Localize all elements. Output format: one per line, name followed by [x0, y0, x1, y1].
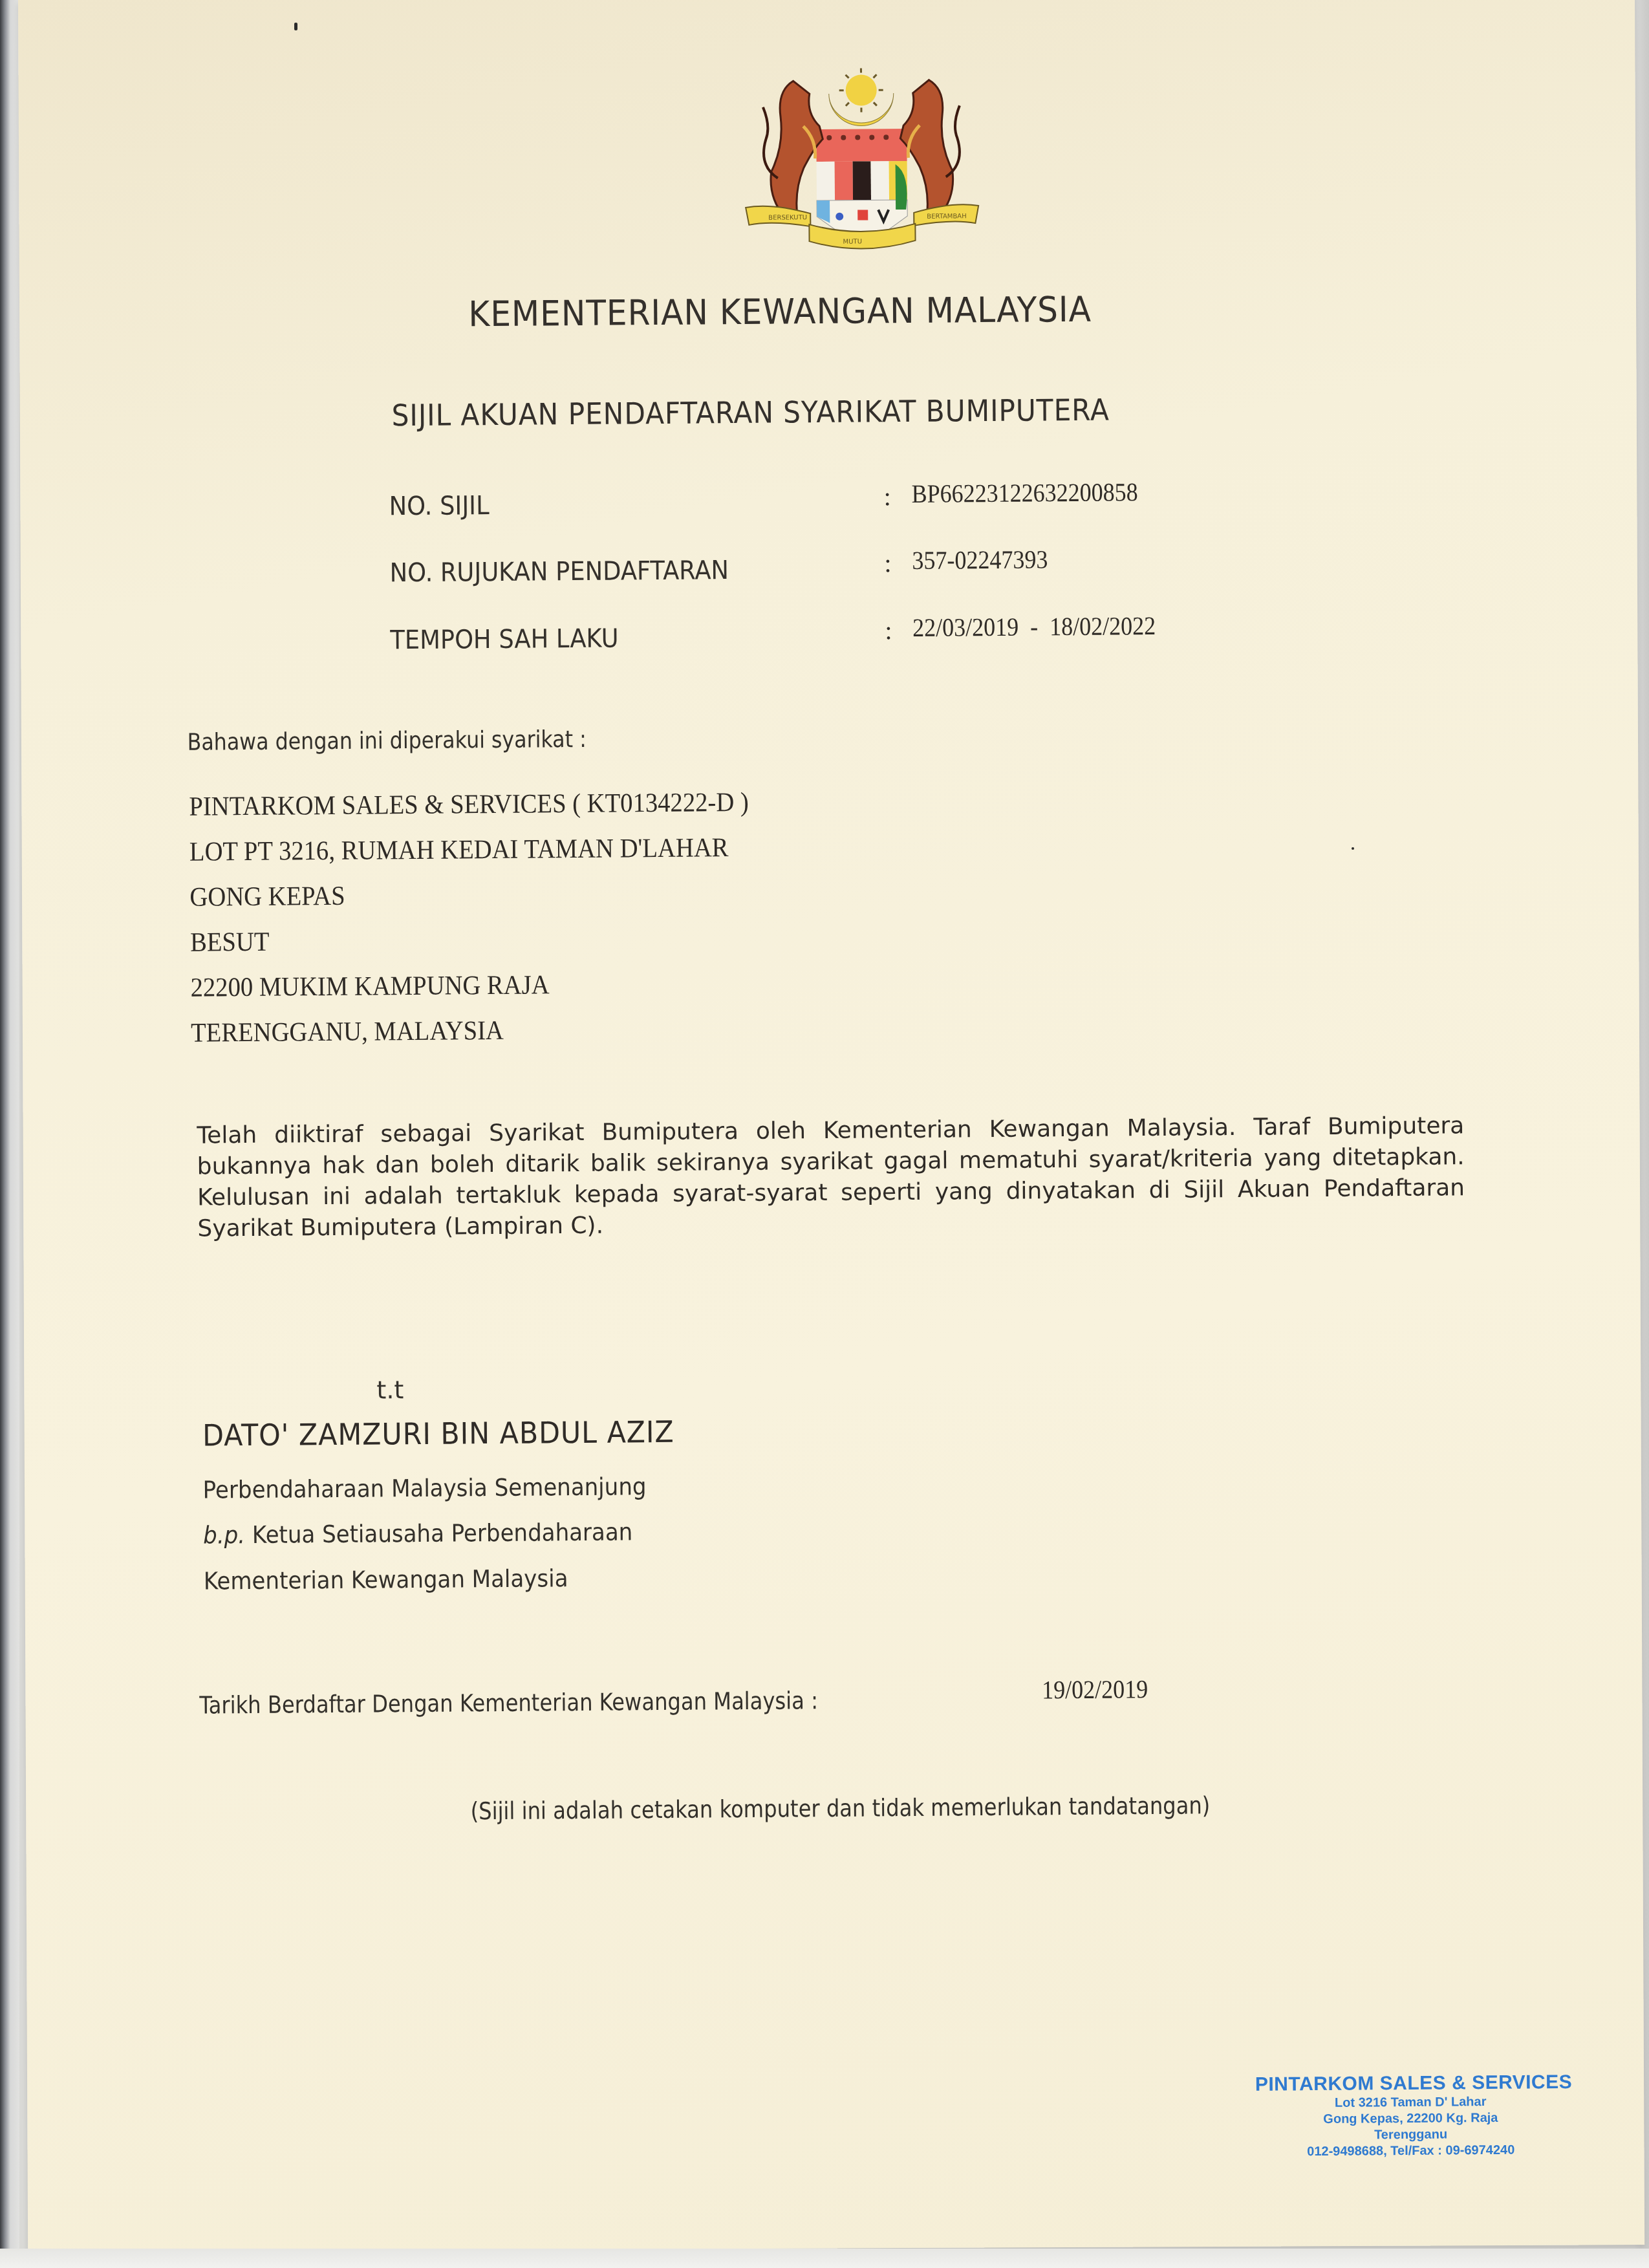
registration-date-value: 19/02/2019	[1042, 1674, 1148, 1705]
signatory-ministry: Kementerian Kewangan Malaysia	[204, 1564, 568, 1595]
field-label: NO. RUJUKAN PENDAFTARAN	[389, 556, 729, 588]
svg-text:BERTAMBAH: BERTAMBAH	[927, 213, 967, 220]
company-stamp: PINTARKOM SALES & SERVICES Lot 3216 Tama…	[1255, 2071, 1566, 2161]
svg-text:MUTU: MUTU	[843, 239, 862, 246]
signatory-department: Perbendaharaan Malaysia Semenanjung	[203, 1473, 647, 1504]
validity-period-value: 22/03/2019 - 18/02/2022	[912, 610, 1156, 643]
registration-date-label: Tarikh Berdaftar Dengan Kementerian Kewa…	[199, 1687, 818, 1720]
company-address-line: 22200 MUKIM KAMPUNG RAJA	[190, 961, 750, 1011]
certificate-content: BERSEKUTUBERTAMBAHMUTU KEMENTERIAN KEWAN…	[0, 0, 1649, 2268]
company-address-block: PINTARKOM SALES & SERVICES ( KT0134222-D…	[189, 779, 799, 1055]
registration-reference-value: 357-02247393	[912, 544, 1048, 576]
recognition-statement: Telah diiktiraf sebagai Syarikat Bumiput…	[197, 1110, 1465, 1244]
stamp-title: PINTARKOM SALES & SERVICES	[1255, 2071, 1566, 2096]
on-behalf-prefix: b.p.	[203, 1521, 245, 1550]
certificate-title: SIJIL AKUAN PENDAFTARAN SYARIKAT BUMIPUT…	[391, 391, 1224, 433]
certification-intro: Bahawa dengan ini diperakui syarikat :	[187, 726, 587, 756]
company-address-line: BESUT	[190, 916, 750, 966]
field-colon: :	[884, 548, 891, 578]
signed-mark: t.t	[376, 1376, 404, 1404]
field-label: TEMPOH SAH LAKU	[390, 623, 619, 655]
svg-text:BERSEKUTU: BERSEKUTU	[768, 214, 807, 221]
company-address-line: GONG KEPAS	[189, 870, 749, 920]
scan-speck	[1352, 847, 1354, 850]
computer-generated-disclaimer: (Sijil ini adalah cetakan komputer dan t…	[470, 1791, 1210, 1825]
signatory-title: Ketua Setiausaha Perbendaharaan	[252, 1518, 633, 1549]
signatory-name: DATO' ZAMZURI BIN ABDUL AZIZ	[202, 1414, 674, 1453]
field-colon: :	[885, 615, 892, 645]
signatory-on-behalf: b.p. Ketua Setiausaha Perbendaharaan	[203, 1518, 632, 1549]
stamp-line: Terengganu	[1255, 2126, 1566, 2144]
company-name: PINTARKOM SALES & SERVICES ( KT0134222-D…	[189, 780, 749, 830]
company-address-line: LOT PT 3216, RUMAH KEDAI TAMAN D'LAHAR	[189, 825, 749, 875]
malaysia-coat-of-arms-icon: BERSEKUTUBERTAMBAHMUTU	[731, 54, 992, 263]
field-colon: :	[883, 481, 890, 512]
field-label: NO. SIJIL	[389, 491, 490, 521]
stamp-line: Gong Kepas, 22200 Kg. Raja	[1255, 2110, 1566, 2128]
certificate-number-value: BP66223122632200858	[911, 477, 1137, 509]
stamp-line: 012-9498688, Tel/Fax : 09-6974240	[1256, 2142, 1566, 2161]
ministry-title: KEMENTERIAN KEWANGAN MALAYSIA	[468, 288, 1190, 335]
stamp-line: Lot 3216 Taman D' Lahar	[1255, 2093, 1566, 2112]
scan-speck	[294, 23, 297, 30]
company-address-line: TERENGGANU, MALAYSIA	[191, 1006, 751, 1056]
